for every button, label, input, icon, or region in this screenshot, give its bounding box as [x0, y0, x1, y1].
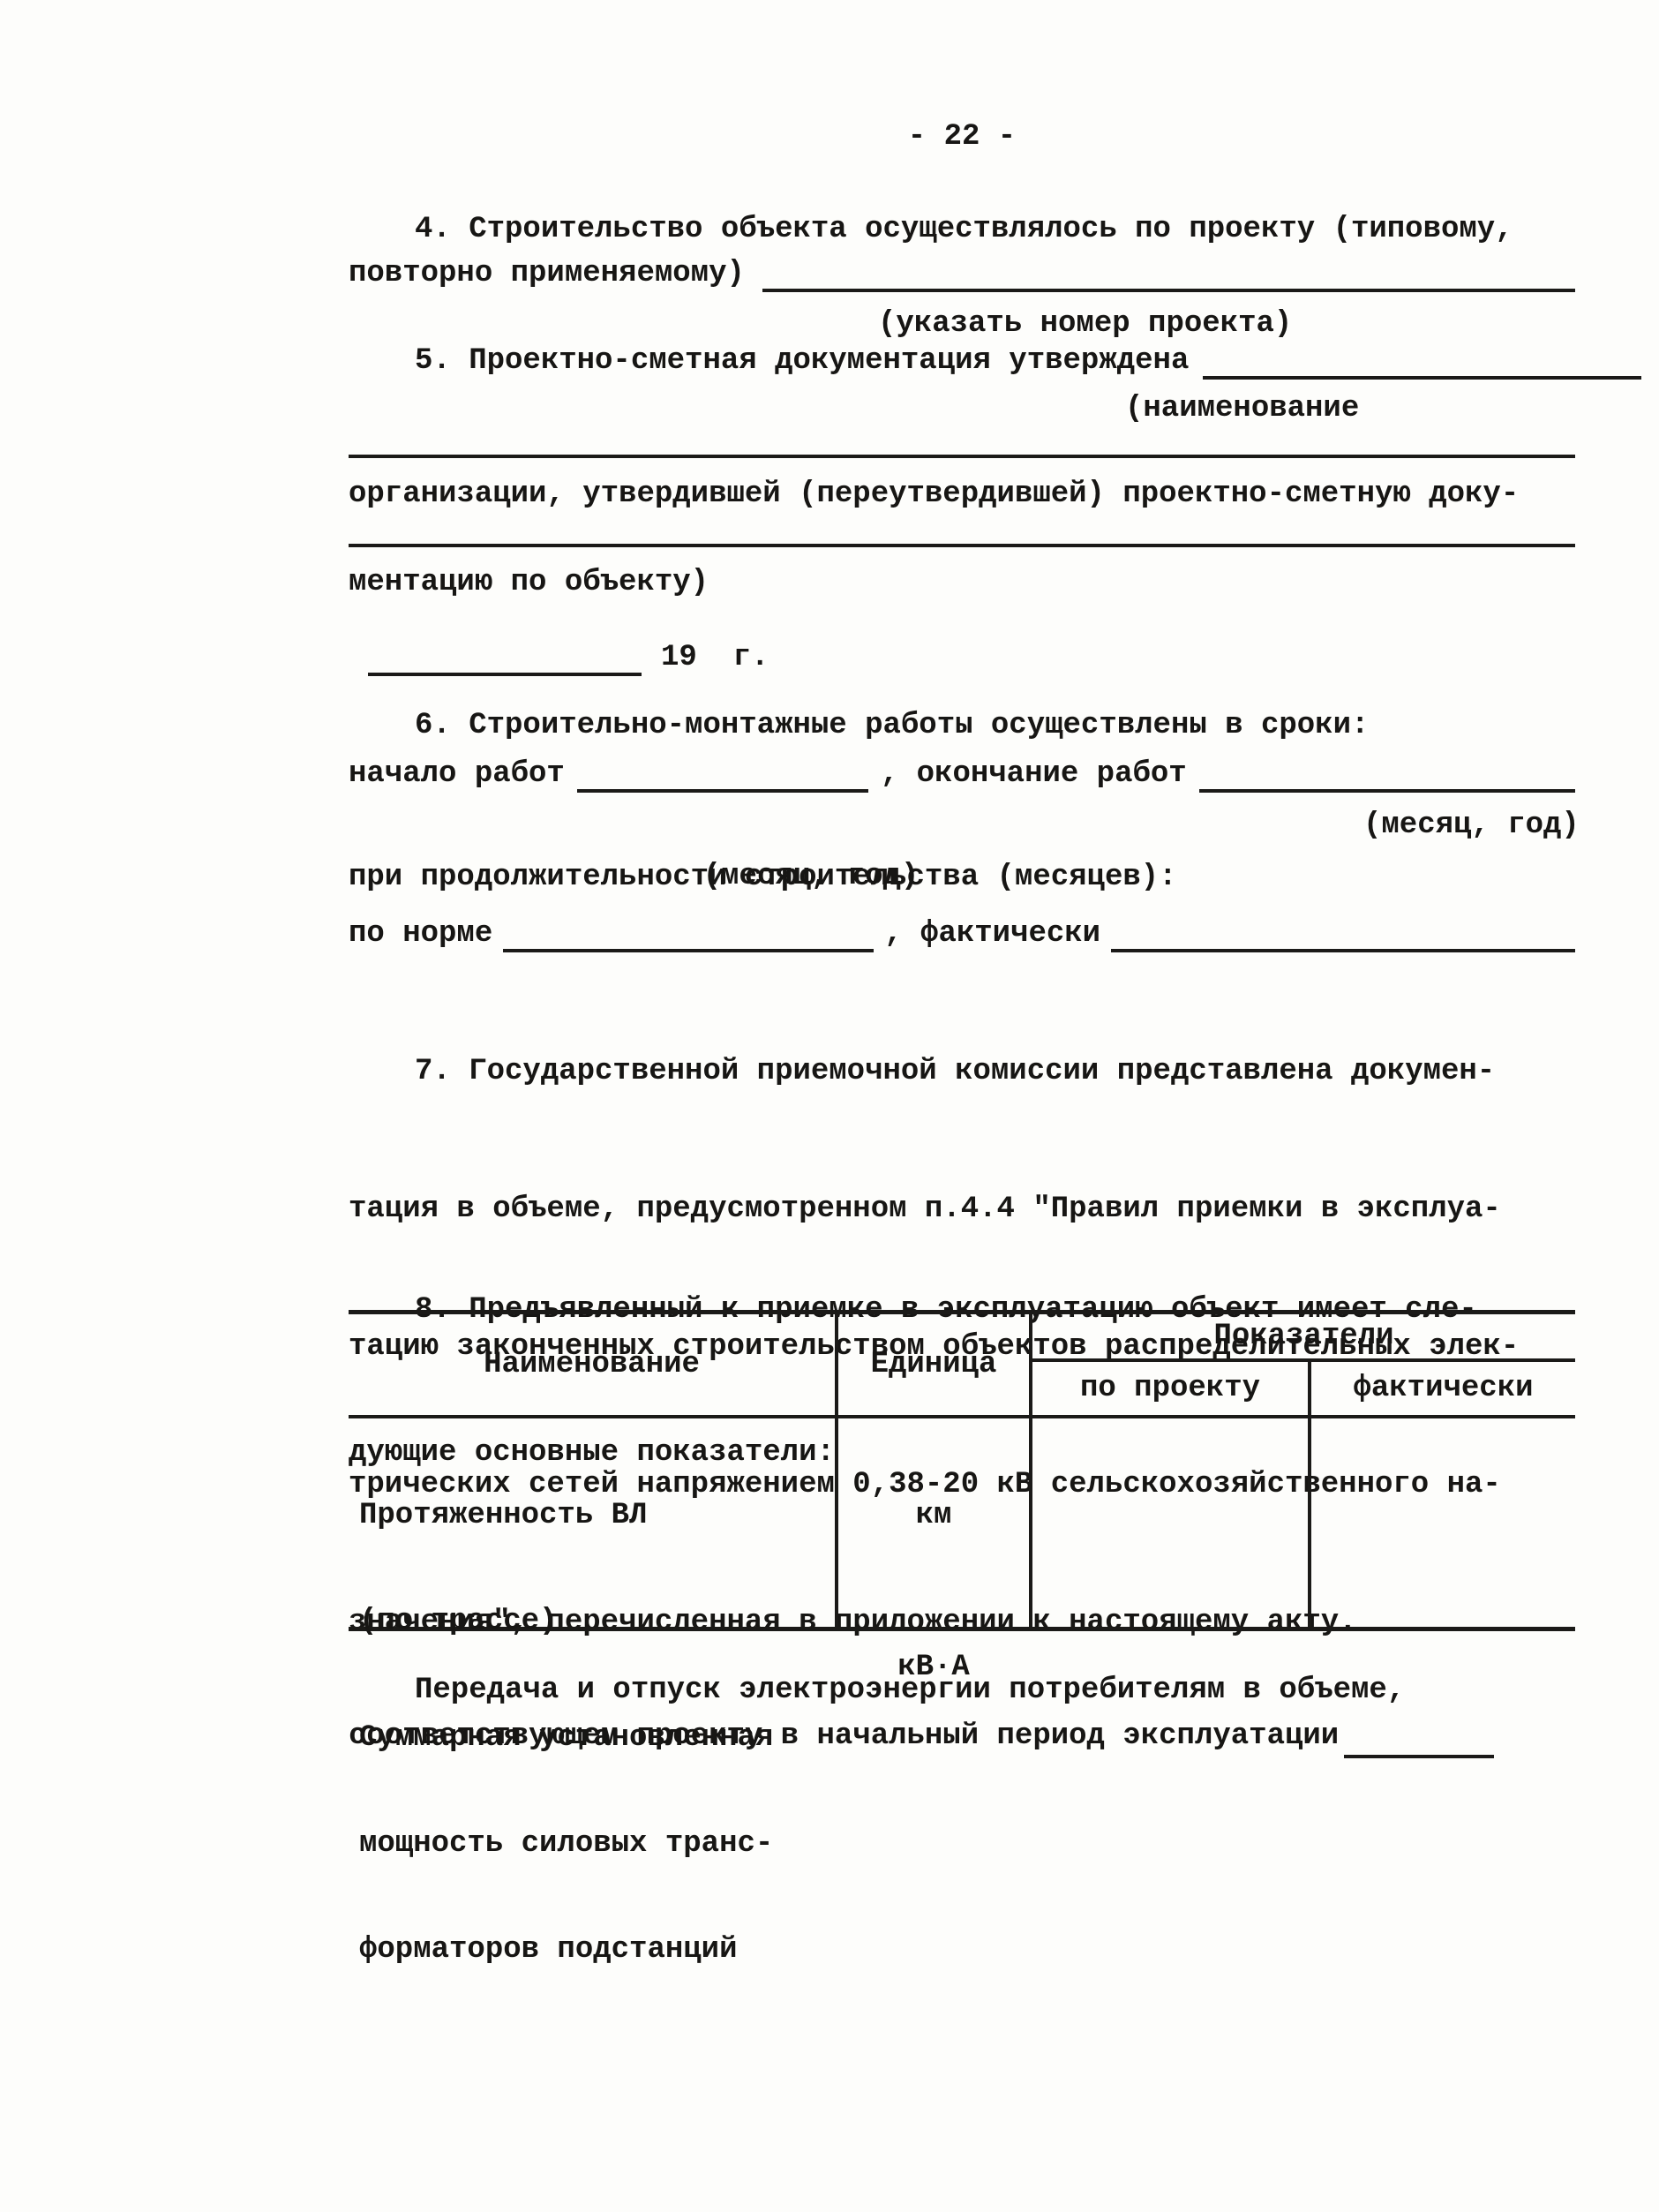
- section-4-line-2-label: повторно применяемому): [349, 248, 745, 299]
- year-suffix: 19 г.: [661, 632, 769, 683]
- closing-line-1: Передача и отпуск электроэнергии потреби…: [349, 1665, 1641, 1716]
- blank-field-norm: [503, 908, 874, 952]
- section-5-continuation-1: организации, утвердившей (переутвердивше…: [349, 469, 1575, 520]
- section-5-continuation-2: ментацию по объекту): [349, 557, 1575, 608]
- table-row-1-name-line-1: Протяженность ВЛ: [359, 1498, 831, 1533]
- fact-label: , фактически: [884, 908, 1100, 959]
- blank-field-energy-volume: [1344, 1711, 1494, 1758]
- table-body-actual-empty: [1311, 1415, 1575, 1627]
- table-header-unit: Единица: [838, 1314, 1032, 1415]
- blank-field-work-end: [1199, 749, 1575, 793]
- section-6-norm-fact-line: по норме , фактически: [349, 908, 1575, 959]
- closing-line-2-label: соответствующем проекту в начальный пери…: [349, 1711, 1339, 1762]
- blank-rule-line: [349, 455, 1575, 458]
- section-4-line-2: повторно применяемому): [349, 248, 1575, 299]
- blank-field-fact: [1111, 908, 1575, 952]
- table-header-name: Наименование: [349, 1314, 838, 1415]
- table-body-units: км кВ·А: [838, 1415, 1032, 1627]
- table-row-1-name-line-2: (по трассе): [359, 1604, 831, 1639]
- scanned-document-page: - 22 - 4. Строительство объекта осуществ…: [0, 0, 1659, 2212]
- section-7-line-1: 7. Государственной приемочной комиссии п…: [349, 1049, 1575, 1095]
- caption-organization-name: (наименование: [349, 383, 1659, 434]
- caption-month-year-end: (месяц, год): [1363, 800, 1580, 851]
- blank-field-approved-by: [1203, 335, 1641, 380]
- blank-field-date: [368, 632, 642, 676]
- norm-label: по норме: [349, 908, 492, 959]
- section-6-dates-line: начало работ , окончание работ: [349, 749, 1575, 800]
- work-end-label: , окончание работ: [881, 749, 1187, 800]
- section-5-line-1: 5. Проектно-сметная документация утвержд…: [349, 335, 1641, 387]
- table-header-actual: фактически: [1311, 1362, 1575, 1415]
- page-number: - 22 -: [349, 111, 1575, 162]
- table-header-indicators: Показатели: [1032, 1314, 1575, 1362]
- approval-date-line: 19 г.: [349, 632, 1575, 683]
- section-5-line-1-label: 5. Проектно-сметная документация утвержд…: [415, 335, 1189, 387]
- table-row-1-unit: км: [838, 1498, 1029, 1533]
- work-start-label: начало работ: [349, 749, 565, 800]
- blank-field-work-start: [577, 749, 868, 793]
- blank-field-project-number: [762, 248, 1575, 292]
- table-body-names: Протяженность ВЛ (по трассе) Суммарная у…: [349, 1415, 838, 1627]
- closing-line-2: соответствующем проекту в начальный пери…: [349, 1711, 1575, 1762]
- blank-rule-line: [349, 544, 1575, 547]
- table-header-by-project: по проекту: [1032, 1362, 1311, 1415]
- table-row-2-name-line-2: мощность силовых транс-: [359, 1826, 831, 1862]
- table-row-2-name-line-3: форматоров подстанций: [359, 1932, 831, 1967]
- section-6-duration-line: при продолжительности строительства (мес…: [349, 852, 1575, 903]
- indicators-table: Наименование Единица Показатели по проек…: [349, 1310, 1575, 1631]
- section-6-line-1: 6. Строительно-монтажные работы осуществ…: [349, 700, 1641, 751]
- table-body-by-project-empty: [1032, 1415, 1311, 1627]
